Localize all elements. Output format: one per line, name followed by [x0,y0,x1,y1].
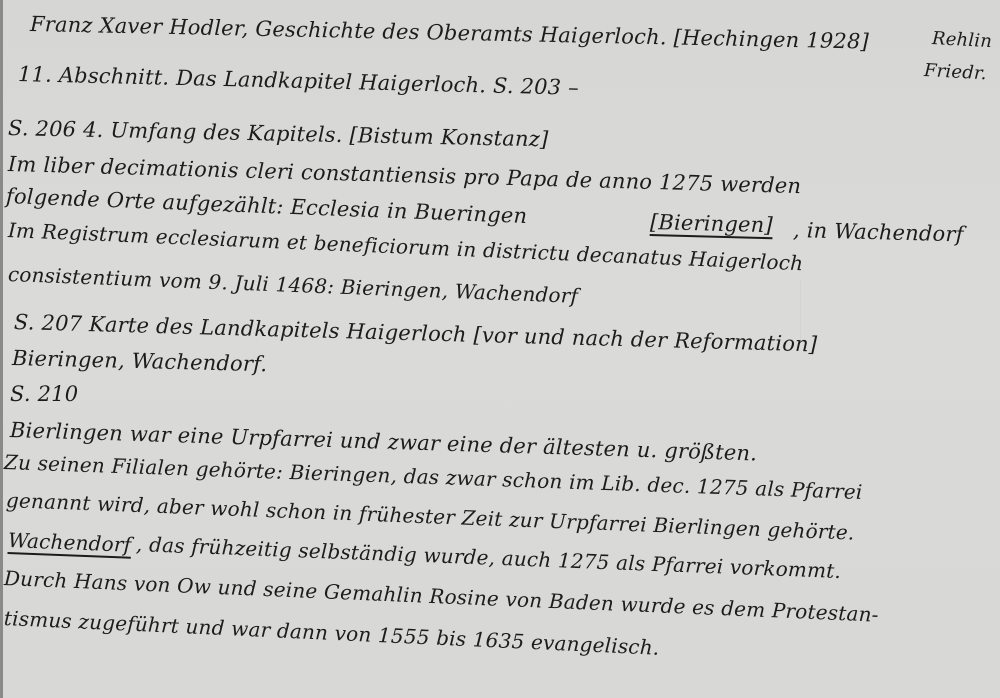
page-206-line: S. 206 4. Umfang des Kapitels. [Bistum K… [8,116,549,151]
wachendorf-underlined: Wachendorf [8,528,132,557]
protestantismus-line: tismus zugeführt und war dann von 1555 b… [3,606,659,660]
bieringen-wachendorf-line: Bieringen, Wachendorf. [12,346,268,376]
citation-line: Franz Xaver Hodler, Geschichte des Obera… [30,12,869,54]
consistentium-line: consistentium vom 9. Juli 1468: Bieringe… [8,262,579,308]
author-note-firstname: Friedr. [923,60,987,84]
wachendorf-fragment: , in Wachendorf [793,218,964,246]
card-left-edge [0,0,3,698]
page-210-line: S. 210 [10,382,78,406]
author-note-surname: Rehlin [931,28,992,52]
bieringen-underlined: [Bieringen] [650,210,773,237]
section-line: 11. Abschnitt. Das Landkapitel Haigerloc… [18,62,579,100]
index-card: Franz Xaver Hodler, Geschichte des Obera… [0,0,1000,698]
